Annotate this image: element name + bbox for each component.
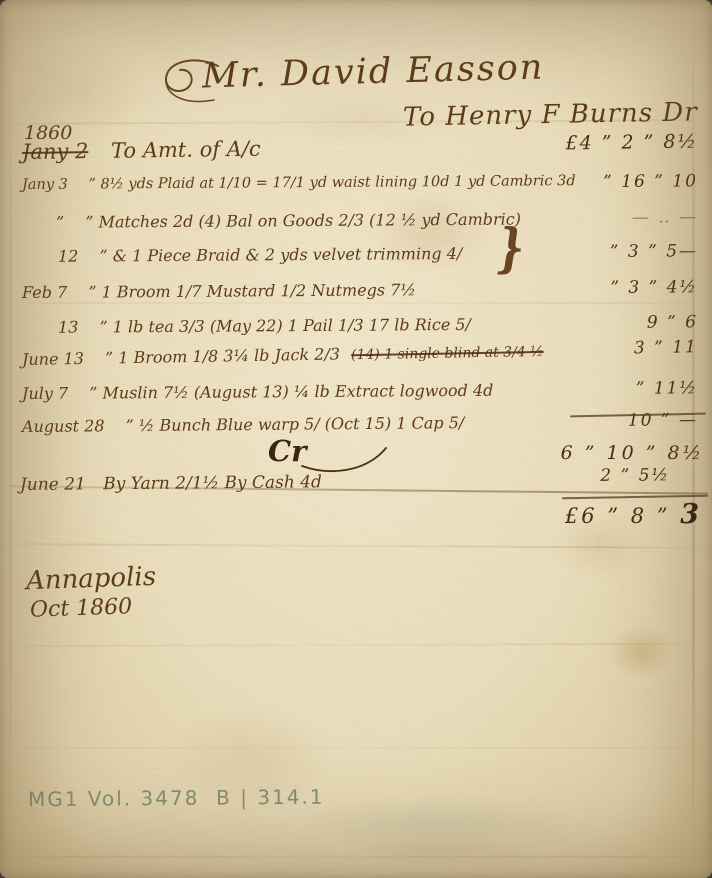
entry-description: ” & 1 Piece Braid & 2 yds velvet trimmin… (99, 244, 462, 266)
entry-amount: ” 3 ” 5— (610, 241, 698, 262)
fold-crease (0, 543, 712, 549)
entry-amount: ” 3 ” 4½ (610, 277, 698, 298)
ledger-row: June 13 ” 1 Broom 1/8 3¼ lb Jack 2/3 (14… (22, 338, 700, 369)
entry-description-struck: (14) 1 single blind at 3/4 ½ (351, 344, 544, 363)
document-title: Mr. David Easson (202, 48, 545, 97)
paper-edge-shadow (9, 0, 12, 878)
document-paper: Mr. David Easson To Henry F Burns Dr 186… (0, 0, 712, 878)
entry-description: ” 1 lb tea 3/3 (May 22) 1 Pail 1/3 17 lb… (99, 315, 471, 337)
entry-date: August 28 (22, 416, 105, 436)
grand-total: £6 ” 8 ” 3 (565, 499, 702, 530)
entry-date: Jany 2 (22, 139, 89, 164)
ledger-row: Jany 3 ” 8½ yds Plaid at 1/10 = 17/1 yd … (22, 172, 700, 193)
entry-amount: ” 11½ (636, 378, 698, 398)
entry-description: ” 1 Broom 1/8 3¼ lb Jack 2/3 (105, 344, 340, 367)
ink-bleed-smudge (340, 838, 540, 868)
place-name: Annapolis (26, 562, 157, 597)
ledger-row: July 7 ” Muslin 7½ (August 13) ¼ lb Extr… (22, 379, 700, 403)
fold-crease (0, 302, 712, 304)
entry-description: ” Matches 2d (4) Bal on Goods 2/3 (12 ½ … (85, 210, 521, 232)
entry-amount: 9 ” 6 (647, 312, 698, 332)
ink-bleed-smudge (300, 796, 570, 852)
entry-date: 12 (58, 247, 78, 266)
entry-description: ” 8½ yds Plaid at 1/10 = 17/1 yd waist l… (88, 173, 575, 192)
entry-date: Feb 7 (22, 283, 67, 302)
fold-crease (0, 643, 712, 648)
entry-date: June 21 (20, 474, 86, 495)
entry-description: By Yarn 2/1½ By Cash 4d (103, 472, 322, 494)
entry-description: ” 1 Broom 1/7 Mustard 1/2 Nutmegs 7½ (88, 280, 416, 301)
entry-amount: £4 ” 2 ” 8½ (565, 131, 698, 155)
subtotal-amount: 6 ” 10 ” 8½ (561, 442, 704, 464)
ledger-row: Jany 2 To Amt. of A/c £4 ” 2 ” 8½ (22, 131, 700, 164)
photo-stage: Mr. David Easson To Henry F Burns Dr 186… (0, 0, 712, 878)
grand-total-pence: 3 (680, 499, 702, 530)
entry-date: ” (56, 213, 64, 232)
fold-crease (0, 747, 712, 749)
ledger-row: 12 ” & 1 Piece Braid & 2 yds velvet trim… (22, 242, 700, 266)
entry-date: 13 (58, 318, 78, 337)
debtor-line: To Henry F Burns Dr (403, 97, 698, 132)
archive-reference: MG1 Vol. 3478 B | 314.1 (28, 785, 325, 812)
entry-date: June 13 (22, 349, 84, 369)
entry-amount: 3 ” 11 (634, 337, 698, 358)
entry-date: July 7 (22, 384, 68, 403)
entry-description: To Amt. of A/c (111, 137, 261, 163)
place-date: Oct 1860 (30, 594, 133, 623)
entry-amount: — ‥ — (632, 207, 698, 227)
fold-crease (0, 856, 712, 858)
ledger-row: 13 ” 1 lb tea 3/3 (May 22) 1 Pail 1/3 17… (22, 313, 700, 337)
ledger-row: ” ” Matches 2d (4) Bal on Goods 2/3 (12 … (22, 208, 700, 232)
grouping-brace: } (497, 218, 524, 279)
entry-amount: ” 16 ” 10 (603, 171, 698, 192)
entry-date: Jany 3 (22, 177, 68, 193)
ledger-row: Feb 7 ” 1 Broom 1/7 Mustard 1/2 Nutmegs … (22, 278, 700, 302)
entry-description: ” Muslin 7½ (August 13) ¼ lb Extract log… (89, 381, 493, 403)
grand-total-main: £6 ” 8 ” (565, 504, 671, 528)
entry-amount: 2 ” 5½ (600, 465, 670, 486)
entry-description: ” ½ Bunch Blue warp 5/ (Oct 15) 1 Cap 5/ (126, 413, 465, 435)
